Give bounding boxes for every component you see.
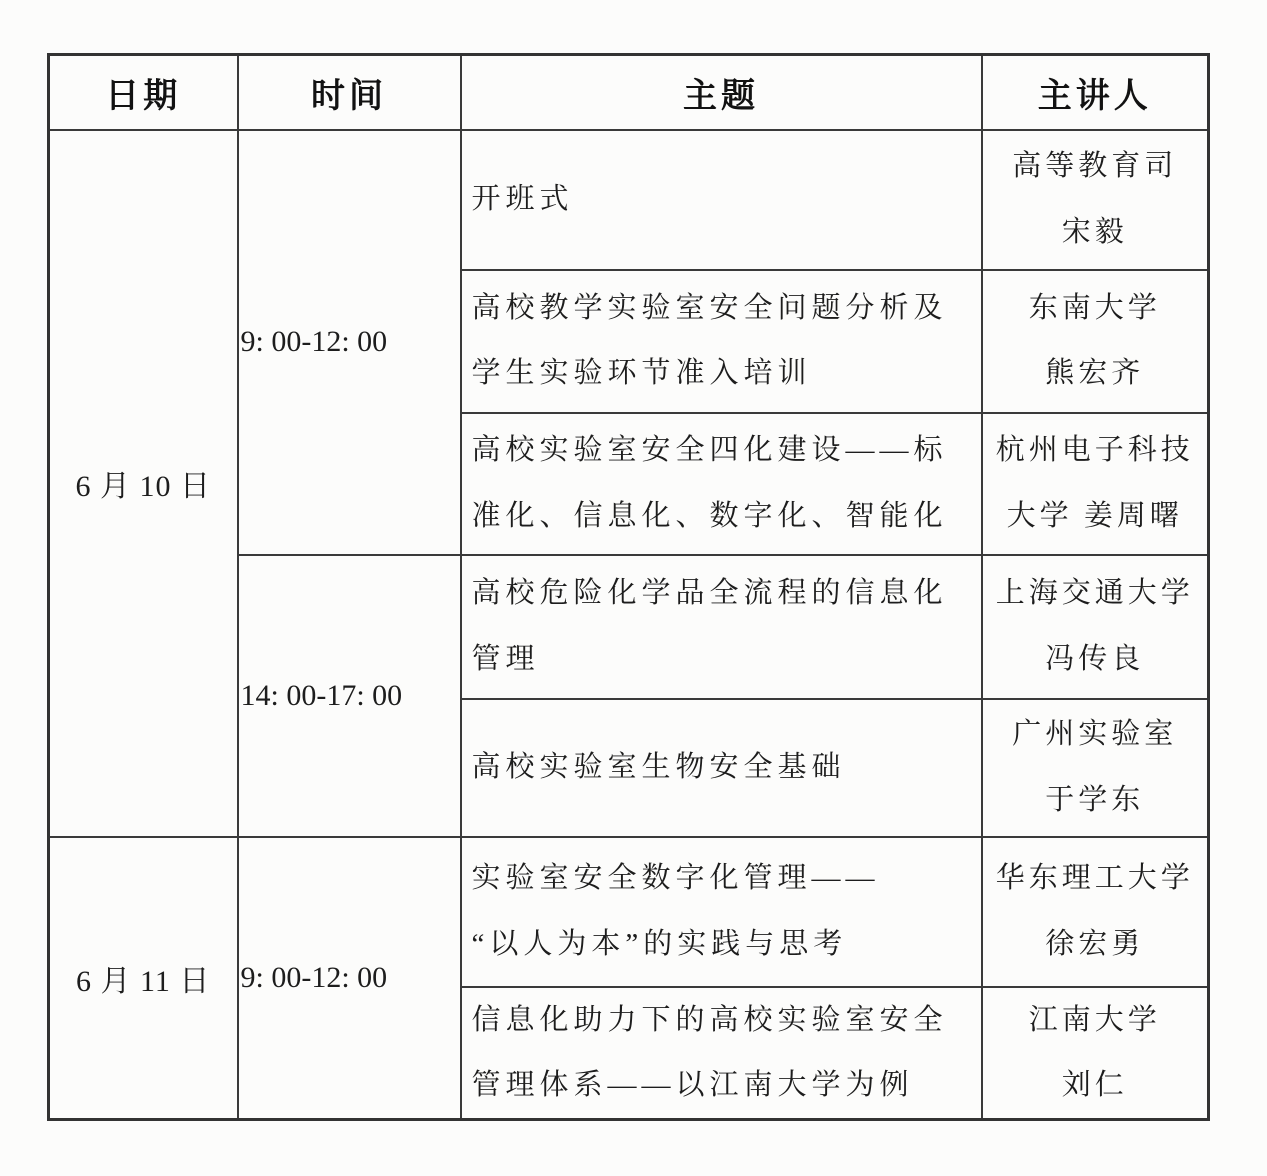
topic-session-5: 高校实验室生物安全基础	[461, 699, 982, 837]
time-jun10-morning: 9: 00-12: 00	[238, 130, 461, 555]
schedule-table: 日期 时间 主题 主讲人 6 月 10 日 9: 00-12: 00 开班式 高…	[47, 53, 1210, 1121]
speaker-session-3: 杭州电子科技 大学 姜周曙	[982, 413, 1209, 555]
speaker-session-6: 华东理工大学 徐宏勇	[982, 837, 1209, 987]
date-jun11: 6 月 11 日	[49, 837, 238, 1120]
topic-session-3: 高校实验室安全四化建设——标 准化、信息化、数字化、智能化	[461, 413, 982, 555]
table-row: 6 月 10 日 9: 00-12: 00 开班式 高等教育司 宋毅	[49, 130, 1209, 270]
scanned-page: 日期 时间 主题 主讲人 6 月 10 日 9: 00-12: 00 开班式 高…	[0, 0, 1267, 1176]
header-date: 日期	[49, 55, 238, 130]
speaker-session-1: 高等教育司 宋毅	[982, 130, 1209, 270]
topic-session-4: 高校危险化学品全流程的信息化 管理	[461, 555, 982, 699]
time-jun11-morning: 9: 00-12: 00	[238, 837, 461, 1120]
date-jun10: 6 月 10 日	[49, 130, 238, 837]
speaker-session-5: 广州实验室 于学东	[982, 699, 1209, 837]
header-topic: 主题	[461, 55, 982, 130]
header-time: 时间	[238, 55, 461, 130]
topic-session-1: 开班式	[461, 130, 982, 270]
topic-session-6: 实验室安全数字化管理—— “以人为本”的实践与思考	[461, 837, 982, 987]
time-jun10-afternoon: 14: 00-17: 00	[238, 555, 461, 837]
speaker-session-2: 东南大学 熊宏齐	[982, 270, 1209, 413]
header-row: 日期 时间 主题 主讲人	[49, 55, 1209, 130]
speaker-session-4: 上海交通大学 冯传良	[982, 555, 1209, 699]
topic-session-7: 信息化助力下的高校实验室安全 管理体系——以江南大学为例	[461, 987, 982, 1120]
header-speaker: 主讲人	[982, 55, 1209, 130]
table-row: 6 月 11 日 9: 00-12: 00 实验室安全数字化管理—— “以人为本…	[49, 837, 1209, 987]
topic-session-2: 高校教学实验室安全问题分析及 学生实验环节准入培训	[461, 270, 982, 413]
speaker-session-7: 江南大学 刘仁	[982, 987, 1209, 1120]
